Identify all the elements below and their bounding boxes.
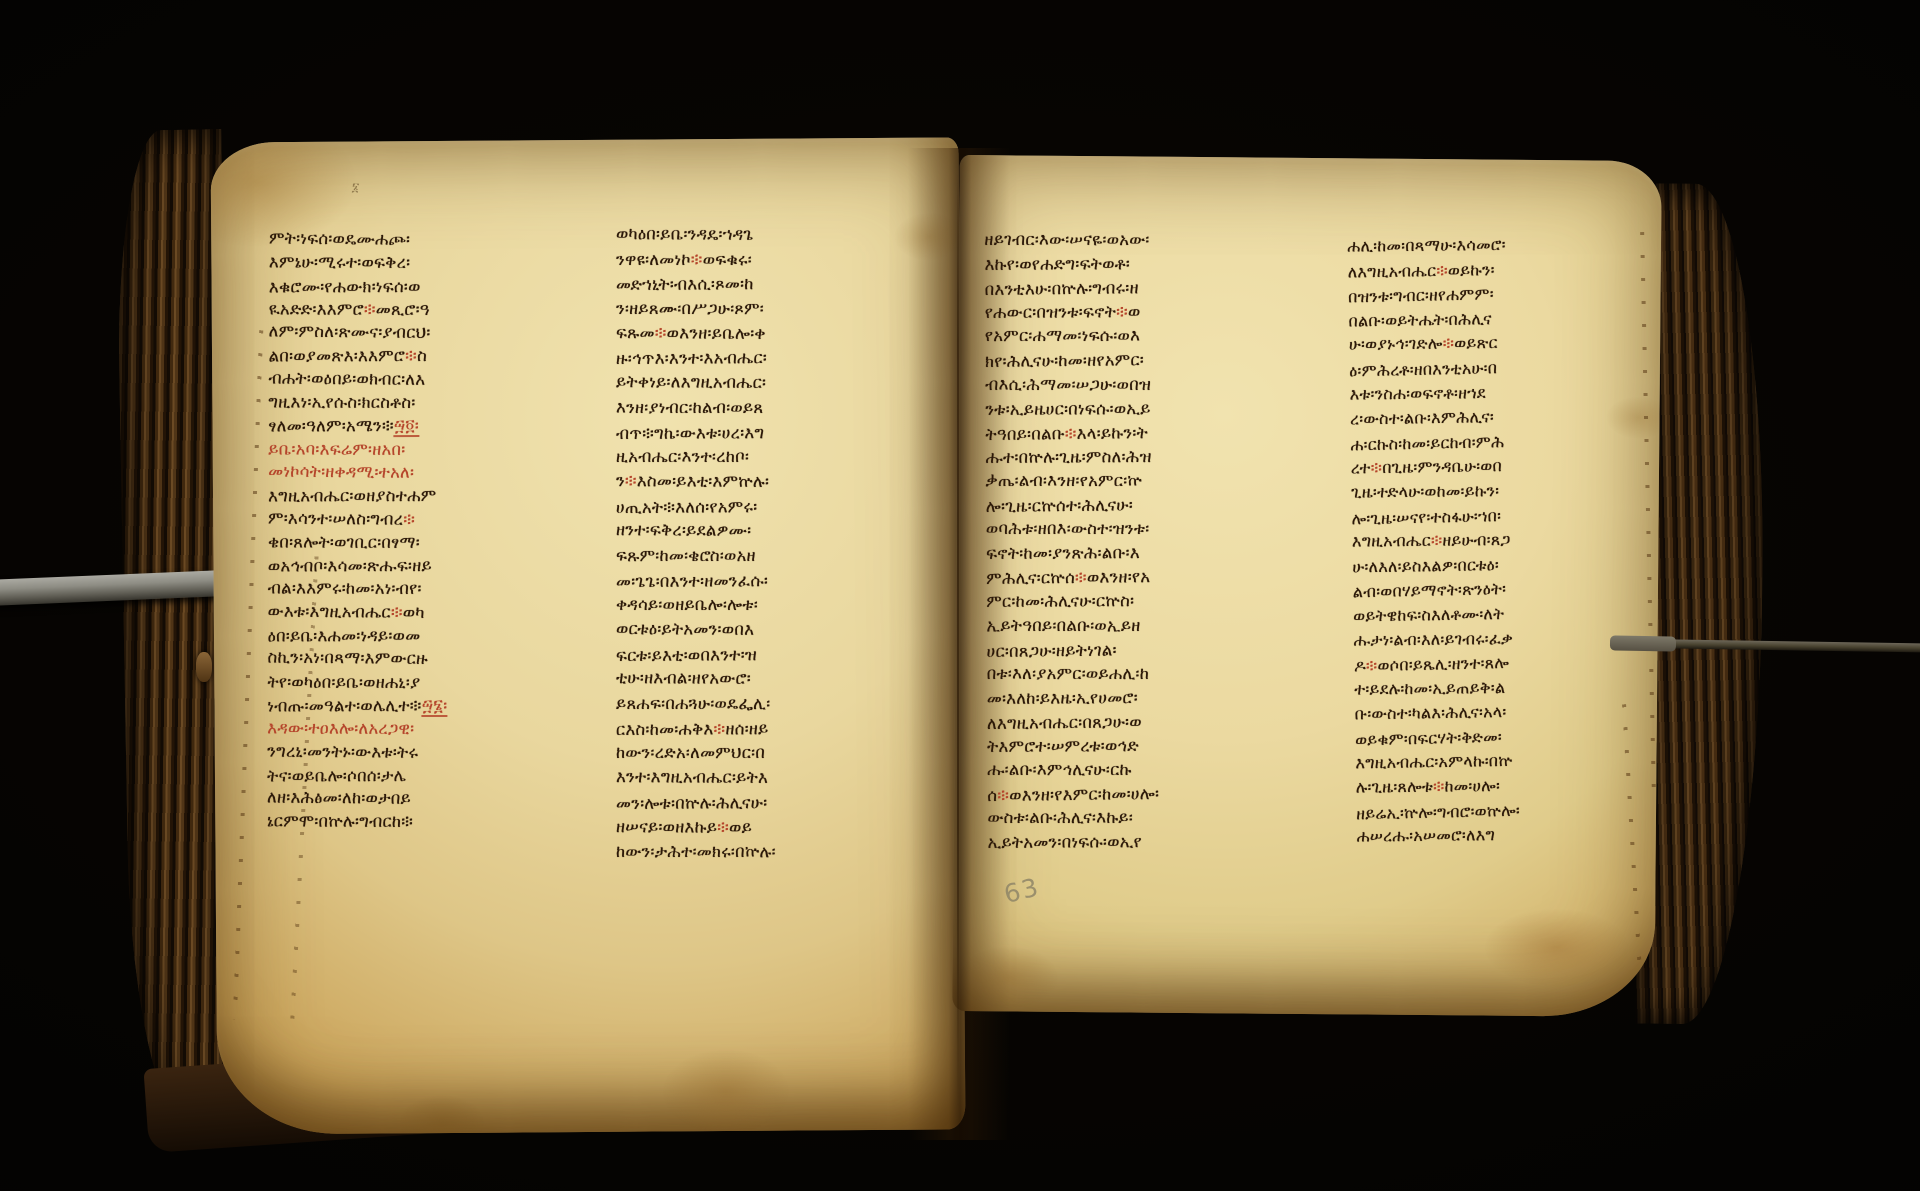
text-line: ንግረኒ፡መንትኑ፡ውእቱ፡ትሩ bbox=[267, 739, 605, 765]
rubric-text: ፨ bbox=[1431, 531, 1443, 550]
rubric-text: ፨ bbox=[391, 602, 403, 621]
ink-text: ብጥ፨ግኬ፡ውእቱ፡ሀረ፡እግ bbox=[616, 423, 764, 443]
text-line: ለእግዚአብሔር፡በጸጋሁ፡ወ bbox=[987, 708, 1333, 736]
ink-text: ነብጡ፡መዓልተ፡ወሌሊተ፨ bbox=[267, 696, 421, 715]
ink-text: ዕበ፡ይቤ፡እሐመ፡ነዳይ፡ወመ bbox=[268, 626, 421, 645]
text-line: ብጥ፨ግኬ፡ውእቱ፡ሀረ፡እግ bbox=[616, 419, 958, 446]
ink-text: እላ፡ይኩን፡ት bbox=[1077, 423, 1149, 443]
ink-text: በቱ፡እለ፡ያአምር፡ወይሐሊ፡ከ bbox=[987, 664, 1149, 683]
text-line: ምሕሊና፡ርኵሰ፨ወእንዘ፡የአ bbox=[986, 563, 1332, 591]
rubric-text: መነኮሳት፡ዘቀዳሚ፡ተአለ፡ bbox=[268, 461, 414, 481]
text-line: ወርቱዕ፡ይትአመን፡ወበእ bbox=[616, 617, 958, 643]
text-line: ክየ፡ሕሊናሁ፡ከመ፡ዘየአምር፡ bbox=[985, 347, 1331, 375]
text-line: ዘንተ፡ፍቅረ፡ይደልዎሙ፡ bbox=[616, 518, 958, 544]
rubric-text: ፨ bbox=[1116, 302, 1128, 321]
ink-text: ክየ፡ሕሊናሁ፡ከመ፡ዘየአምር፡ bbox=[985, 351, 1144, 372]
ink-text: እቱ፡ንስሐ፡ወፍኖቶ፡ዘኀደ bbox=[1350, 383, 1486, 403]
ink-text: ሁ፡ለእለ፡ይስእልዎ፡በርቱዕ፡ bbox=[1352, 555, 1499, 576]
text-line: የአምር፡ሐማመ፡ነፍሱ፡ወእ bbox=[985, 324, 1331, 348]
text-line: ምር፡ከመ፡ሕሊናሁ፡ርኵስ፡ bbox=[986, 588, 1332, 614]
text-line: ንዋዩ፡ለመነኮ፨ወፍቁሩ፡ bbox=[616, 248, 958, 273]
text-line: ን፡ዘይጸሙ፡በሥጋሁ፡ጾም፡ bbox=[616, 297, 958, 322]
ink-text: መጺሮ፡ዓ bbox=[376, 300, 430, 319]
ink-text: ዘሠናይ፡ወዘእኩይ bbox=[616, 817, 717, 837]
rubric-text: ፨ bbox=[403, 509, 415, 528]
ink-text: ፍጹም፡ከመ፡ቄሮስ፡ወአዘ bbox=[616, 546, 756, 565]
text-line: ሎ፡ጊዜ፡ርኵሰተ፡ሕሊናሁ፡ bbox=[986, 491, 1332, 519]
rubric-text: ፵፬፡ bbox=[394, 416, 419, 437]
ink-text: ዘይሬኢ፡ኵሎ፡ግብሮ፡ወኵሎ፡ bbox=[1356, 800, 1520, 823]
text-line: ወአኅብቦ፡እሳመ፡ጽሑፍ፡ዘይ bbox=[268, 554, 606, 578]
ink-text: ን፡ዘይጸሙ፡በሥጋሁ፡ጾም፡ bbox=[616, 299, 764, 318]
text-column-1: ምት፡ነፍሰ፡ወዴሙሐጮ፡እምኔሁ፡ሚሩተ፡ወፍቅረ፡እቁሮሙ፡የሐውክ፡ነፍሰ… bbox=[267, 227, 607, 834]
text-line: ኢይትዓበይ፡በልቡ፡ወኢይዘ bbox=[986, 613, 1332, 637]
text-line: ብል፡እእምሩ፡ከመ፡አነ፡ብየ፡ bbox=[268, 577, 606, 601]
ink-text: እስመ፡ይእቲ፡እምኵሉ፡ bbox=[637, 471, 769, 491]
ink-text: ትና፡ወይቤሎ፡ሶበሰ፡ታሌ bbox=[267, 766, 406, 785]
text-line: ኔርምሞ፡በኵሉ፡ግብርከ፨ bbox=[267, 810, 605, 834]
text-line: እምኔሁ፡ሚሩተ፡ወፍቅረ፡ bbox=[269, 251, 607, 275]
text-line: ዙ፡ኅጥእ፡እንተ፡እአብሔር፡ bbox=[616, 345, 958, 372]
ink-text: ውስቱ፡ልቡ፡ሕሊና፡እኩይ፡ bbox=[987, 808, 1133, 827]
ink-text: ስኪን፡አነ፡በጻማ፡እምውርዙ bbox=[267, 648, 428, 668]
ink-text: ብል፡እእምሩ፡ከመ፡አነ፡ብየ፡ bbox=[268, 579, 422, 599]
ink-text: ዪአድድ፡እእምሮ bbox=[269, 299, 364, 318]
ink-text: ከመ፡ሀሎ፡ bbox=[1444, 776, 1500, 796]
ink-text: ዘይሁብ፡ጸጋ bbox=[1442, 530, 1510, 550]
ink-text: ዘንተ፡ፍቅረ፡ይደልዎሙ፡ bbox=[616, 520, 751, 540]
text-line: መን፡ሎቱ፡በኵሉ፡ሕሊናሁ፡ bbox=[616, 790, 958, 817]
text-line: ውእቱ፡እግዚአብሔር፨ወካ bbox=[268, 599, 606, 625]
ink-text: ወይ bbox=[729, 817, 752, 836]
ink-text: ሐሊ፡ከመ፡በጻማሁ፡እሳመሮ፡ bbox=[1347, 235, 1506, 256]
text-line: መድኀኒት፡ብእሲ፡ጾመ፡ከ bbox=[616, 271, 958, 298]
ink-text: ቄበ፡ጸሎት፡ወገቢር፡በፃማ፡ bbox=[268, 532, 420, 552]
ink-text: ን bbox=[616, 471, 625, 490]
ink-text: ለም፡ምስለ፡ጽሙና፡ያብርህ፡ bbox=[269, 322, 431, 342]
ink-text: ፍጹመ bbox=[616, 323, 655, 342]
ink-text: ፃለመ፡ዓለም፡አሜን፨ bbox=[268, 416, 394, 435]
ink-text: ረ፡ውስተ፡ልቡ፡እምሕሊና፡ bbox=[1350, 407, 1494, 428]
text-line: ይትቀነይ፡ለእግዚአብሔር፡ bbox=[616, 370, 958, 396]
text-line: በቱ፡እለ፡ያአምር፡ወይሐሊ፡ከ bbox=[987, 662, 1333, 686]
ink-text: ኢይትአመን፡በነፍሱ፡ወኢየ bbox=[988, 832, 1143, 852]
text-line: ፍጹመ፨ወእንዘ፡ይቤሎ፡ቀ bbox=[616, 321, 958, 347]
ink-text: ቲሁ፡ዘእብል፡ዘየአውሮ፡ bbox=[616, 668, 751, 688]
ink-text: ከውን፡ታሕተ፡መክሩ፡በኵሉ፡ bbox=[616, 842, 776, 861]
ink-text: ወይቁም፡በፍርሃት፡ቅድመ፡ bbox=[1355, 727, 1502, 749]
ink-text: ወይትዌከፍ፡ስእለቶሙ፡ለት bbox=[1353, 604, 1504, 625]
ink-text: እኩየ፡ወየሐድግ፡ፍትወቶ፡ bbox=[984, 254, 1130, 274]
text-line: ቀዳሳይ፡ወዘይቤሎ፡ሎቱ፡ bbox=[616, 593, 958, 618]
text-line: ዘሠናይ፡ወዘእኩይ፨ወይ bbox=[616, 815, 958, 841]
text-line: ብሐት፡ወዕበይ፡ወክብር፡ለእ bbox=[268, 366, 606, 392]
ink-text: ወ bbox=[1128, 302, 1141, 321]
ink-text: ሑተ፡በኵሉ፡ጊዜ፡ምስለ፡ሕዝ bbox=[986, 447, 1152, 467]
text-line: ትእምሮተ፡ሠምረቱ፡ወኅድ bbox=[987, 733, 1333, 759]
ink-text: ከውን፡ረድአ፡ለመምህር፡በ bbox=[616, 743, 765, 762]
ink-text: ዶ bbox=[1354, 656, 1366, 675]
text-line: መነኮሳት፡ዘቀዳሚ፡ተአለ፡ bbox=[268, 459, 606, 485]
ink-text: ጊዜ፡ተድላሁ፡ወከመ፡ይኩን፡ bbox=[1351, 481, 1499, 502]
ink-text: መ፡እለከ፡ይእዜ፡ኢየሀመሮ፡ bbox=[987, 688, 1138, 708]
rubric-text: ፨ bbox=[717, 817, 729, 836]
rubric-text: ፨ bbox=[1371, 458, 1383, 477]
ink-text: እግዚአብሔር፡ወዘያስተሐም bbox=[268, 486, 436, 505]
rubric-text: ፨ bbox=[1065, 424, 1077, 443]
text-line: ውስቱ፡ልቡ፡ሕሊና፡እኩይ፡ bbox=[987, 806, 1333, 830]
ink-text: እምኔሁ፡ሚሩተ፡ወፍቅረ፡ bbox=[269, 253, 411, 272]
ink-text: ዙ፡ኅጥእ፡እንተ፡እአብሔር፡ bbox=[616, 349, 767, 369]
ink-text: ወእንዘ፡የእምር፡ከመ፡ሀሎ፡ bbox=[1009, 784, 1159, 805]
text-line: ም፡እሳንተ፡ሠለስ፡ግብረ፨ bbox=[268, 506, 606, 532]
rubric-text: ፨ bbox=[655, 323, 667, 342]
ink-text: ንዋዩ፡ለመነኮ bbox=[616, 250, 691, 269]
text-line: እቱ፡ንስሐ፡ወፍኖቶ፡ዘኀደ bbox=[1350, 379, 1660, 407]
rubric-text: ፵፮፡ bbox=[422, 696, 448, 717]
text-line: መ፡እለከ፡ይእዜ፡ኢየሀመሮ፡ bbox=[987, 685, 1333, 711]
rubric-text: እዳው፡ተዐእሎ፡ለአረጋዊ፡ bbox=[267, 719, 414, 739]
right-bookmark-cord-tip bbox=[1610, 635, 1676, 651]
text-column-4: ሐሊ፡ከመ፡በጻማሁ፡እሳመሮ፡ለእግዚአብሔር፨ወይኩን፡በዝንቱ፡ግብር፡ዘ… bbox=[1347, 231, 1667, 851]
ink-text: ም፡እሳንተ፡ሠለስ፡ግብረ bbox=[268, 508, 403, 528]
text-line: ለም፡ምስለ፡ጽሙና፡ያብርህ፡ bbox=[269, 320, 607, 346]
ink-text: ስ bbox=[417, 347, 427, 366]
ink-text: ፍኖት፡ከመ፡ያንጽሕ፡ልቡ፡እ bbox=[986, 543, 1140, 563]
text-line: ፃለመ፡ዓለም፡አሜን፨፵፬፡ bbox=[268, 414, 606, 438]
text-line: በእንቲእሁ፡በኵሉ፡ግብሩ፡ዘ bbox=[985, 274, 1331, 302]
ink-text: ዕ፡ምሕረቶ፡ዘበእንቲአሁ፡በ bbox=[1349, 358, 1497, 380]
ink-text: እንዘ፡ያነብር፡ከልብ፡ወይጸ bbox=[616, 398, 763, 417]
ink-text: የሐውር፡በዝንቱ፡ፍኖት bbox=[985, 303, 1116, 323]
ink-text: ዘይገብር፡እው፡ሠናዬ፡ወአው፡ bbox=[984, 230, 1149, 249]
text-line: ትየ፡ወካዕበ፡ይቤ፡ወዘሐኒ፡ያ bbox=[267, 670, 605, 694]
ink-text: መ፡ጌጌ፡በእንተ፡ዘመንፈሱ፡ bbox=[616, 571, 768, 591]
text-line: ን፨እስመ፡ይእቲ፡እምኵሉ፡ bbox=[616, 469, 958, 495]
ink-text: ብሐት፡ወዕበይ፡ወክብር፡ለእ bbox=[268, 368, 425, 388]
text-line: ብእሲ፡ሕማመ፡ሠጋሁ፡ወበዝ bbox=[985, 373, 1331, 397]
ink-text: ቡ፡ውስተ፡ካልእ፡ሕሊና፡አላ፡ bbox=[1355, 702, 1507, 723]
ink-text: ቀዳሳይ፡ወዘይቤሎ፡ሎቱ፡ bbox=[616, 595, 758, 614]
ink-text: ወእንዘ፡ይቤሎ፡ቀ bbox=[667, 323, 766, 343]
ink-text: ወአኅብቦ፡እሳመ፡ጽሑፍ፡ዘይ bbox=[268, 556, 432, 575]
ink-text: ሑታነ፡ልብ፡እለ፡ይገብሩ፡ፈቃ bbox=[1353, 628, 1513, 649]
ink-text: ሑ፡ልቡ፡እምኅሊናሁ፡ርኩ bbox=[987, 760, 1131, 779]
ink-text: ሰ bbox=[987, 786, 997, 805]
text-line: እግዚአብሔር፡ወዘያስተሐም bbox=[268, 484, 606, 508]
ink-text: ትዓበይ፡በልቡ bbox=[985, 424, 1065, 444]
ink-text: መድኀኒት፡ብእሲ፡ጾመ፡ከ bbox=[616, 275, 754, 295]
text-line: ከውን፡ታሕተ፡መክሩ፡በኵሉ፡ bbox=[616, 840, 958, 865]
text-line: ከውን፡ረድአ፡ለመምህር፡በ bbox=[616, 741, 958, 766]
rubric-text: ፨ bbox=[1436, 260, 1448, 279]
ink-text: ለዘ፡እሕፅመ፡ለከ፡ወታበይ bbox=[267, 788, 411, 808]
rubric-text: ፨ bbox=[1443, 334, 1455, 353]
ink-text: በልቡ፡ወይትሔት፡በሕሊና bbox=[1348, 309, 1492, 330]
text-line: ሀር፡በጸጋሁ፡ዘይትነገል፡ bbox=[986, 636, 1332, 664]
ink-text: ወካዕበ፡ይቤ፡ንዳዴ፡ኀዳጌ bbox=[616, 224, 754, 244]
ink-text: ወፍቁሩ፡ bbox=[703, 250, 752, 269]
ink-text: ምት፡ነፍሰ፡ወዴሙሐጮ፡ bbox=[269, 229, 410, 249]
ink-text: ንቱ፡ኢይዜሀር፡በነፍሱ፡ወኢይ bbox=[985, 399, 1151, 419]
rubric-text: ፨ bbox=[364, 300, 376, 319]
text-line: ፍኖት፡ከመ፡ያንጽሕ፡ልቡ፡እ bbox=[986, 540, 1332, 566]
text-line: ትዓበይ፡በልቡ፨እላ፡ይኩን፡ት bbox=[985, 419, 1331, 447]
ink-text: ወሶበ፡ይጼሊ፡ዘንተ፡ጸሎ bbox=[1377, 653, 1509, 675]
text-line: ተ፡ይደሉ፡ከመ፡ኢይጠይቅ፡ል bbox=[1354, 674, 1664, 702]
text-line: የሐውር፡በዝንቱ፡ፍኖት፨ወ bbox=[985, 299, 1331, 325]
text-line: ኢይትአመን፡በነፍሱ፡ወኢየ bbox=[988, 829, 1334, 855]
text-line: እግዚአብሔር፨ዘይሁብ፡ጸጋ bbox=[1352, 527, 1662, 555]
ink-text: ወካ bbox=[403, 602, 425, 621]
text-line: ሐሠረሑ፡አሠመሮ፡ለእግ bbox=[1357, 822, 1667, 850]
text-line: ለዘ፡እሕፅመ፡ለከ፡ወታበይ bbox=[267, 786, 605, 812]
text-line: ቄበ፡ጸሎት፡ወገቢር፡በፃማ፡ bbox=[268, 530, 606, 554]
rubric-text: ፨ bbox=[997, 786, 1009, 805]
text-line: ስኪን፡አነ፡በጻማ፡እምውርዙ bbox=[267, 646, 605, 672]
text-line: ነብጡ፡መዓልተ፡ወሌሊተ፨፵፮፡ bbox=[267, 693, 605, 717]
ink-text: እቁሮሙ፡የሐውክ፡ነፍሰ፡ወ bbox=[269, 277, 421, 296]
ink-text: ትእምሮተ፡ሠምረቱ፡ወኅድ bbox=[987, 736, 1139, 756]
ink-text: ውእቱ፡እግዚአብሔር bbox=[268, 601, 391, 621]
ink-text: ወባሕቱ፡ዘበእ፡ውስተ፡ዝንቱ፡ bbox=[986, 519, 1150, 538]
text-line: ዪአድድ፡እእምሮ፨መጺሮ፡ዓ bbox=[269, 297, 607, 321]
text-line: ልበ፡ወያመጽእ፡እእምሮ፨ስ bbox=[269, 344, 607, 368]
ink-text: ኔርምሞ፡በኵሉ፡ግብርከ፨ bbox=[267, 812, 413, 832]
ink-text: ግዚእነ፡ኢየሱስ፡ክርስቶስ፡ bbox=[268, 392, 415, 412]
text-line: ዚአብሔር፡እንተ፡ረከቦ፡ bbox=[616, 445, 958, 470]
text-line: ይቤ፡አባ፡እፍሬም፡ዘአበ፡ bbox=[268, 437, 606, 461]
text-line: ቃጤ፡ልብ፡እንዘ፡የአምር፡ኵ bbox=[986, 469, 1332, 493]
ink-text: የአምር፡ሐማመ፡ነፍሱ፡ወእ bbox=[985, 326, 1140, 345]
rubric-text: ፨ bbox=[691, 250, 703, 269]
ink-text: እግዚአብሔር bbox=[1352, 531, 1431, 551]
ink-text: ሐሠረሑ፡አሠመሮ፡ለእግ bbox=[1357, 825, 1496, 845]
text-line: ፍርቱ፡ይእቲ፡ወበእንተ፡ዝ bbox=[616, 642, 958, 669]
ink-text: ወይጽር bbox=[1454, 333, 1498, 352]
text-column-2: ወካዕበ፡ይቤ፡ንዳዴ፡ኀዳጌንዋዩ፡ለመነኮ፨ወፍቁሩ፡መድኀኒት፡ብእሲ፡ጾ… bbox=[616, 223, 958, 865]
text-line: ዘይገብር፡እው፡ሠናዬ፡ወአው፡ bbox=[984, 228, 1330, 252]
text-line: ሐሊ፡ከመ፡በጻማሁ፡እሳመሮ፡ bbox=[1347, 231, 1657, 259]
text-line: እኩየ፡ወየሐድግ፡ፍትወቶ፡ bbox=[984, 251, 1330, 277]
ink-text: ረተ bbox=[1351, 458, 1371, 477]
ink-text: ወእንዘ፡የአ bbox=[1087, 567, 1151, 587]
rubric-text: ፨ bbox=[1075, 568, 1087, 587]
ink-text: ንግረኒ፡መንትኑ፡ውእቱ፡ትሩ bbox=[267, 741, 418, 761]
text-line: ግዚእነ፡ኢየሱስ፡ክርስቶስ፡ bbox=[268, 390, 606, 414]
text-line: ዕበ፡ይቤ፡እሐመ፡ነዳይ፡ወመ bbox=[268, 624, 606, 648]
ink-text: ርእስ፡ከመ፡ሐቅእ bbox=[616, 719, 714, 739]
ink-text: በጊዜ፡ምንዳቤሁ፡ወበ bbox=[1382, 456, 1502, 477]
rubric-text: ይቤ፡አባ፡እፍሬም፡ዘአበ፡ bbox=[268, 439, 405, 458]
rubric-text: ፨ bbox=[713, 719, 725, 738]
rubric-text: ፨ bbox=[1433, 777, 1445, 796]
text-line: ሑ፡ልቡ፡እምኅሊናሁ፡ርኩ bbox=[987, 758, 1333, 782]
text-line: እቁሮሙ፡የሐውክ፡ነፍሰ፡ወ bbox=[269, 274, 607, 298]
text-line: ወካዕበ፡ይቤ፡ንዳዴ፡ኀዳጌ bbox=[616, 222, 958, 248]
ink-text: ወርቱዕ፡ይትአመን፡ወበእ bbox=[616, 619, 754, 639]
text-line: ሰ፨ወእንዘ፡የእምር፡ከመ፡ሀሎ፡ bbox=[987, 780, 1333, 808]
ink-text: ኢይትዓበይ፡በልቡ፡ወኢይዘ bbox=[986, 615, 1140, 634]
text-line: ቲሁ፡ዘእብል፡ዘየአውሮ፡ bbox=[616, 666, 958, 692]
ink-text: ሁ፡ወያኑኅ፡ገድሎ bbox=[1349, 334, 1443, 354]
ink-text: ፍርቱ፡ይእቲ፡ወበእንተ፡ዝ bbox=[616, 645, 757, 665]
ink-text: እንተ፡እግዚአብሔር፡ይትእ bbox=[616, 767, 768, 787]
binding-thong-knot bbox=[196, 652, 212, 682]
text-line: ርእስ፡ከመ፡ሐቅእ፨ዘሰ፡ዘይ bbox=[616, 716, 958, 743]
text-column-3: ዘይገብር፡እው፡ሠናዬ፡ወአው፡እኩየ፡ወየሐድግ፡ፍትወቶ፡በእንቲእሁ፡በ… bbox=[984, 227, 1333, 855]
ink-text: ለእግዚአብሔር፡በጸጋሁ፡ወ bbox=[987, 712, 1142, 733]
text-line: ፍጹም፡ከመ፡ቄሮስ፡ወአዘ bbox=[616, 544, 958, 569]
ink-text: ተ፡ይደሉ፡ከመ፡ኢይጠይቅ፡ል bbox=[1354, 678, 1505, 699]
ink-text: በዝንቱ፡ግብር፡ዘየሐምም፡ bbox=[1348, 284, 1494, 306]
ink-text: ሎ፡ጊዜ፡ርኵሰተ፡ሕሊናሁ፡ bbox=[986, 495, 1133, 516]
text-line: ሑተ፡በኵሉ፡ጊዜ፡ምስለ፡ሕዝ bbox=[985, 444, 1331, 470]
ink-text: ወይኩን፡ bbox=[1448, 260, 1495, 280]
ink-text: ለእግዚአብሔር bbox=[1348, 261, 1437, 281]
text-line: ሀጢአት፨እለሰ፡የአምሩ፡ bbox=[616, 494, 958, 521]
ink-text: መን፡ሎቱ፡በኵሉ፡ሕሊናሁ፡ bbox=[616, 793, 768, 813]
manuscript-photo: ምት፡ነፍሰ፡ወዴሙሐጮ፡እምኔሁ፡ሚሩተ፡ወፍቅረ፡እቁሮሙ፡የሐውክ፡ነፍሰ… bbox=[0, 0, 1920, 1191]
rubric-text: ፨ bbox=[625, 471, 637, 490]
text-line: እንዘ፡ያነብር፡ከልብ፡ወይጸ bbox=[616, 396, 958, 421]
rubric-text: ፨ bbox=[1366, 656, 1378, 675]
text-line: እንተ፡እግዚአብሔር፡ይትእ bbox=[616, 765, 958, 791]
text-line: ወባሕቱ፡ዘበእ፡ውስተ፡ዝንቱ፡ bbox=[986, 517, 1332, 541]
ink-text: ምር፡ከመ፡ሕሊናሁ፡ርኵስ፡ bbox=[986, 592, 1134, 612]
text-line: መ፡ጌጌ፡በእንተ፡ዘመንፈሱ፡ bbox=[616, 568, 958, 595]
rubric-text: ፨ bbox=[405, 347, 417, 366]
ink-text: ይጸሐፍ፡በሐጓሁ፡ወዴፌሊ፡ bbox=[616, 694, 770, 713]
ink-text: ቃጤ፡ልብ፡እንዘ፡የአምር፡ኵ bbox=[986, 471, 1142, 490]
ink-text: ሐ፡ርኩስ፡ከመ፡ይርከብ፡ምሕ bbox=[1350, 432, 1504, 454]
ink-text: ብእሲ፡ሕማመ፡ሠጋሁ፡ወበዝ bbox=[985, 375, 1151, 394]
text-line: ትና፡ወይቤሎ፡ሶበሰ፡ታሌ bbox=[267, 763, 605, 787]
text-line: ይጸሐፍ፡በሐጓሁ፡ወዴፌሊ፡ bbox=[616, 692, 958, 717]
ink-text: ዚአብሔር፡እንተ፡ረከቦ፡ bbox=[616, 447, 749, 466]
ink-text: ትየ፡ወካዕበ፡ይቤ፡ወዘሐኒ፡ያ bbox=[267, 672, 420, 692]
ink-text: ሀጢአት፨እለሰ፡የአምሩ፡ bbox=[616, 497, 758, 517]
text-line: ንቱ፡ኢይዜሀር፡በነፍሱ፡ወኢይ bbox=[985, 396, 1331, 422]
ink-text: ምሕሊና፡ርኵሰ bbox=[986, 568, 1075, 588]
ink-text: ዘሰ፡ዘይ bbox=[725, 719, 768, 738]
ink-text: እግዚአብሔር፡አምላኩ፡በኵ bbox=[1355, 751, 1512, 772]
ink-text: ልብ፡ወበሃይማኖት፡ጽንዕት፡ bbox=[1353, 579, 1507, 601]
text-line: እዳው፡ተዐእሎ፡ለአረጋዊ፡ bbox=[267, 717, 605, 741]
ink-text: ሀር፡በጸጋሁ፡ዘይትነገል፡ bbox=[986, 640, 1116, 660]
ink-text: ልበ፡ወያመጽእ፡እእምሮ bbox=[269, 347, 406, 366]
text-line: ምት፡ነፍሰ፡ወዴሙሐጮ፡ bbox=[269, 227, 607, 253]
ink-text: ይትቀነይ፡ለእግዚአብሔር፡ bbox=[616, 372, 766, 392]
ink-text: በእንቲእሁ፡በኵሉ፡ግብሩ፡ዘ bbox=[985, 278, 1139, 299]
ink-text: ሎ፡ጊዜ፡ሠናየ፡ተስፋሁ፡ኀበ፡ bbox=[1351, 506, 1501, 528]
ink-text: ሉ፡ጊዜ፡ጸሎቱ bbox=[1356, 777, 1433, 797]
